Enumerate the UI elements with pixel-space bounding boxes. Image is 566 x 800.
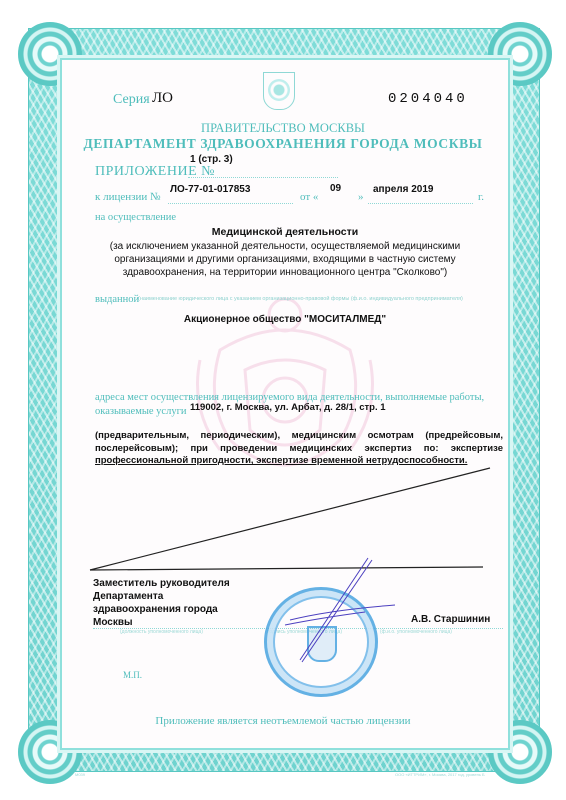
print-code-right: ООО «ИТТРИМ», г. Москва, 2017 год, урове… (395, 772, 485, 777)
handwritten-signature-icon (0, 0, 566, 800)
footer-note: Приложение является неотъемлемой частью … (0, 715, 566, 727)
print-code-left: М039 (75, 772, 85, 777)
seal-place-label: М.П. (123, 670, 142, 680)
